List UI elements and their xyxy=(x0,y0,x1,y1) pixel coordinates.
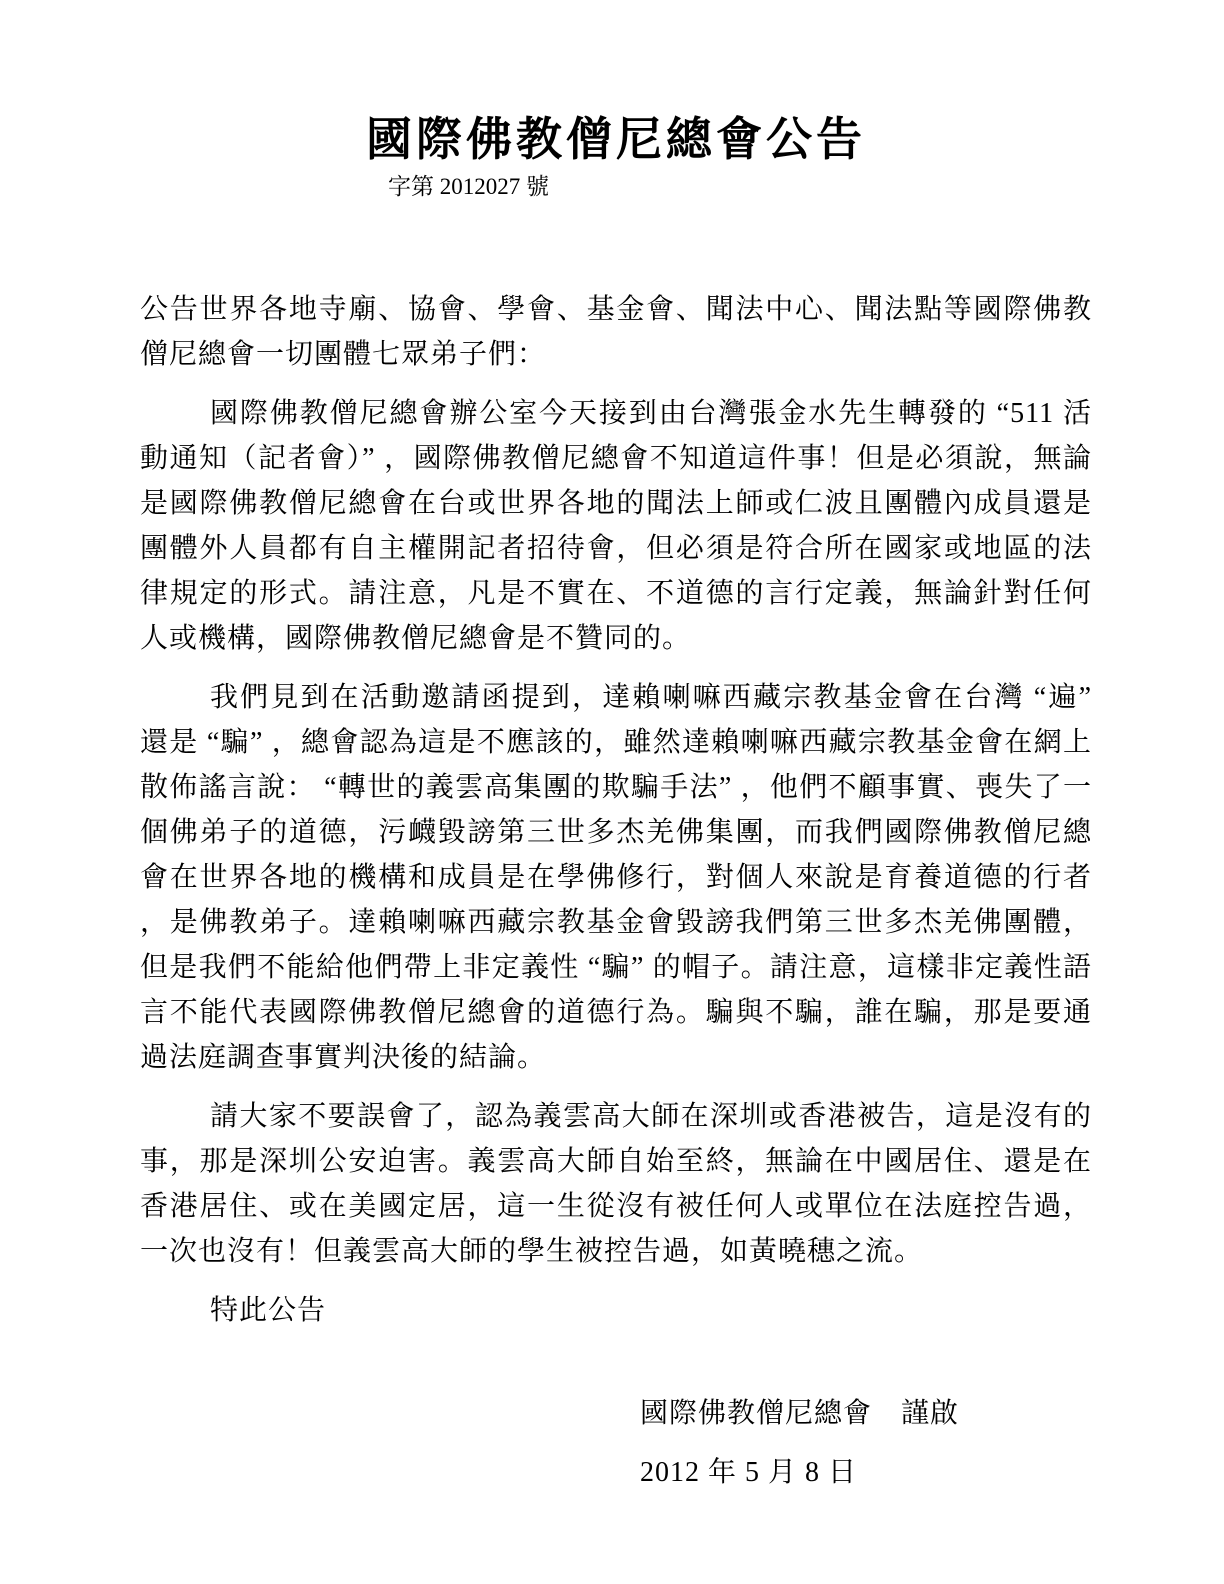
paragraph-notice: 國際佛教僧尼總會辦公室今天接到由台灣張金水先生轉發的 “511 活動通知（記者會… xyxy=(140,391,1092,661)
document-header: 國際佛教僧尼總會公告 字第 2012027 號 xyxy=(140,112,1092,201)
document-body: 公告世界各地寺廟、協會、學會、基金會、聞法中心、聞法點等國際佛教僧尼總會一切團體… xyxy=(140,287,1092,1495)
paragraph-clarification: 請大家不要誤會了，認為義雲高大師在深圳或香港被告，這是沒有的事，那是深圳公安迫害… xyxy=(140,1094,1092,1274)
paragraph-response: 我們見到在活動邀請函提到，達賴喇嘛西藏宗教基金會在台灣 “遍” 還是 “騙” ，… xyxy=(140,675,1092,1080)
announcement-document: 國際佛教僧尼總會公告 字第 2012027 號 公告世界各地寺廟、協會、學會、基… xyxy=(0,0,1224,1584)
date-line: 2012 年 5 月 8 日 xyxy=(640,1450,1092,1495)
paragraph-greeting: 公告世界各地寺廟、協會、學會、基金會、聞法中心、聞法點等國際佛教僧尼總會一切團體… xyxy=(140,287,1092,377)
page-title: 國際佛教僧尼總會公告 xyxy=(140,112,1092,167)
closing-statement: 特此公告 xyxy=(140,1288,1092,1333)
doc-number: 字第 2012027 號 xyxy=(388,173,1092,201)
signature: 國際佛教僧尼總會 謹啟 xyxy=(640,1391,1092,1436)
signature-block: 國際佛教僧尼總會 謹啟 2012 年 5 月 8 日 xyxy=(640,1391,1092,1495)
